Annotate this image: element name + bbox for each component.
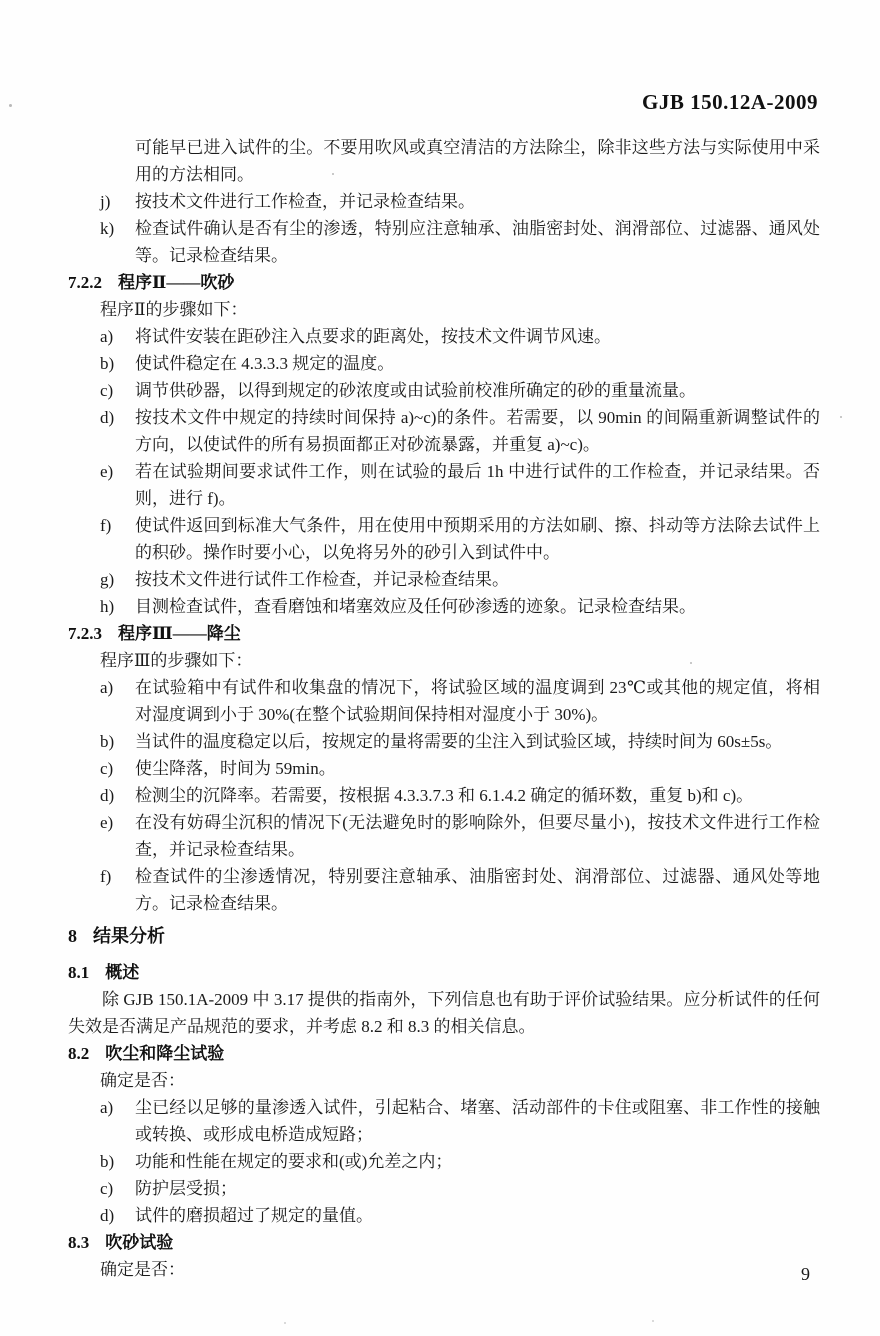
list-item: b)当试件的温度稳定以后，按规定的量将需要的尘注入到试验区域，持续时间为 60s… xyxy=(68,728,820,755)
line-text: 程序Ⅲ——降尘 xyxy=(118,624,241,643)
line-text: 使试件稳定在 4.3.3.3 规定的温度。 xyxy=(135,354,394,373)
list-marker: c) xyxy=(100,1175,113,1202)
list-marker: d) xyxy=(100,782,114,809)
list-item: g)按技术文件进行试件工作检查，并记录检查结果。 xyxy=(68,566,820,593)
paragraph: 除 GJB 150.1A-2009 中 3.17 提供的指南外，下列信息也有助于… xyxy=(68,986,820,1040)
line-text: 吹砂试验 xyxy=(105,1233,173,1252)
line-text: 使试件返回到标准大气条件，用在使用中预期采用的方法如刷、擦、抖动等方法除去试件上… xyxy=(135,516,820,562)
list-marker: d) xyxy=(100,404,114,431)
line-text: 使尘降落，时间为 59min。 xyxy=(135,759,336,778)
line-text: 尘已经以足够的量渗透入试件，引起粘合、堵塞、活动部件的卡住或阻塞、非工作性的接触… xyxy=(135,1098,820,1144)
subsection-heading: 7.2.2程序Ⅱ——吹砂 xyxy=(68,269,820,296)
line-text: 程序Ⅱ的步骤如下： xyxy=(100,300,248,319)
line-text: 若在试验期间要求试件工作，则在试验的最后 1h 中进行试件的工作检查，并记录结果… xyxy=(135,462,820,508)
lead-in-line: 确定是否： xyxy=(68,1256,820,1283)
section-number: 8.1 xyxy=(68,963,89,982)
line-text: 在没有妨碍尘沉积的情况下(无法避免时的影响除外，但要尽量小)，按技术文件进行工作… xyxy=(135,813,820,859)
list-marker: e) xyxy=(100,458,113,485)
list-marker: b) xyxy=(100,1148,114,1175)
line-text: 检查试件的尘渗透情况，特别要注意轴承、油脂密封处、润滑部位、过滤器、通风处等地方… xyxy=(135,867,820,913)
scan-speck xyxy=(840,416,842,418)
subsection-heading: 8.3吹砂试验 xyxy=(68,1229,820,1256)
list-item: k)检查试件确认是否有尘的渗透，特别应注意轴承、油脂密封处、润滑部位、过滤器、通… xyxy=(68,215,820,269)
page-number: 9 xyxy=(801,1264,810,1285)
line-text: 吹尘和降尘试验 xyxy=(105,1044,224,1063)
section-number: 8.3 xyxy=(68,1233,89,1252)
line-text: 按技术文件进行工作检查，并记录检查结果。 xyxy=(135,192,475,211)
list-item: h)目测检查试件，查看磨蚀和堵塞效应及任何砂渗透的迹象。记录检查结果。 xyxy=(68,593,820,620)
lead-in-line: 程序Ⅲ的步骤如下： xyxy=(68,647,820,674)
list-marker: b) xyxy=(100,728,114,755)
scan-speck xyxy=(284,1322,286,1324)
list-item: j)按技术文件进行工作检查，并记录检查结果。 xyxy=(68,188,820,215)
line-text: 功能和性能在规定的要求和(或)允差之内； xyxy=(135,1152,452,1171)
line-text: 试件的磨损超过了规定的量值。 xyxy=(135,1206,373,1225)
section-number: 8 xyxy=(68,926,77,946)
list-marker: b) xyxy=(100,350,114,377)
list-item: a)在试验箱中有试件和收集盘的情况下，将试验区域的温度调到 23℃或其他的规定值… xyxy=(68,674,820,728)
line-text: 调节供砂器，以得到规定的砂浓度或由试验前校准所确定的砂的重量流量。 xyxy=(135,381,696,400)
list-marker: h) xyxy=(100,593,114,620)
list-item: a)将试件安装在距砂注入点要求的距离处，按技术文件调节风速。 xyxy=(68,323,820,350)
list-item: c)调节供砂器，以得到规定的砂浓度或由试验前校准所确定的砂的重量流量。 xyxy=(68,377,820,404)
subsection-heading: 8.1概述 xyxy=(68,959,820,986)
list-item: d)按技术文件中规定的持续时间保持 a)~c)的条件。若需要，以 90min 的… xyxy=(68,404,820,458)
scan-speck xyxy=(9,104,12,107)
line-text: 按技术文件中规定的持续时间保持 a)~c)的条件。若需要，以 90min 的间隔… xyxy=(135,408,820,454)
scan-speck xyxy=(652,1320,654,1322)
line-text: 除 GJB 150.1A-2009 中 3.17 提供的指南外，下列信息也有助于… xyxy=(68,990,820,1036)
section-number: 8.2 xyxy=(68,1044,89,1063)
list-item: d)试件的磨损超过了规定的量值。 xyxy=(68,1202,820,1229)
list-item: e)若在试验期间要求试件工作，则在试验的最后 1h 中进行试件的工作检查，并记录… xyxy=(68,458,820,512)
line-text: 确定是否： xyxy=(100,1260,185,1279)
line-text: 当试件的温度稳定以后，按规定的量将需要的尘注入到试验区域，持续时间为 60s±5… xyxy=(135,732,782,751)
line-text: 检测尘的沉降率。若需要，按根据 4.3.3.7.3 和 6.1.4.2 确定的循… xyxy=(135,786,753,805)
line-text: 目测检查试件，查看磨蚀和堵塞效应及任何砂渗透的迹象。记录检查结果。 xyxy=(135,597,696,616)
list-item: c)防护层受损； xyxy=(68,1175,820,1202)
list-item: b)功能和性能在规定的要求和(或)允差之内； xyxy=(68,1148,820,1175)
line-text: 程序Ⅲ的步骤如下： xyxy=(100,651,252,670)
section-heading: 8结果分析 xyxy=(68,923,820,950)
list-marker: f) xyxy=(100,863,111,890)
line-text: 程序Ⅱ——吹砂 xyxy=(118,273,234,292)
line-text: 概述 xyxy=(105,963,139,982)
line-text: 在试验箱中有试件和收集盘的情况下，将试验区域的温度调到 23℃或其他的规定值，将… xyxy=(135,678,820,724)
list-marker: k) xyxy=(100,215,114,242)
list-marker: d) xyxy=(100,1202,114,1229)
list-marker: a) xyxy=(100,1094,113,1121)
list-item: a)尘已经以足够的量渗透入试件，引起粘合、堵塞、活动部件的卡住或阻塞、非工作性的… xyxy=(68,1094,820,1148)
line-text: 将试件安装在距砂注入点要求的距离处，按技术文件调节风速。 xyxy=(135,327,611,346)
list-marker: g) xyxy=(100,566,114,593)
document-page: GJB 150.12A-2009 可能早已进入试件的尘。不要用吹风或真空清洁的方… xyxy=(0,0,880,1336)
list-marker: f) xyxy=(100,512,111,539)
list-marker: c) xyxy=(100,377,113,404)
line-text: 检查试件确认是否有尘的渗透，特别应注意轴承、油脂密封处、润滑部位、过滤器、通风处… xyxy=(135,219,820,265)
list-item: f)检查试件的尘渗透情况，特别要注意轴承、油脂密封处、润滑部位、过滤器、通风处等… xyxy=(68,863,820,917)
list-marker: a) xyxy=(100,674,113,701)
list-item: f)使试件返回到标准大气条件，用在使用中预期采用的方法如刷、擦、抖动等方法除去试… xyxy=(68,512,820,566)
list-item: c)使尘降落，时间为 59min。 xyxy=(68,755,820,782)
subsection-heading: 8.2吹尘和降尘试验 xyxy=(68,1040,820,1067)
scan-speck xyxy=(690,662,692,664)
line-text: 按技术文件进行试件工作检查，并记录检查结果。 xyxy=(135,570,509,589)
section-number: 7.2.2 xyxy=(68,273,102,292)
list-marker: j) xyxy=(100,188,110,215)
line-text: 结果分析 xyxy=(93,926,165,946)
list-item: e)在没有妨碍尘沉积的情况下(无法避免时的影响除外，但要尽量小)，按技术文件进行… xyxy=(68,809,820,863)
lead-in-line: 确定是否： xyxy=(68,1067,820,1094)
continuation-text: 可能早已进入试件的尘。不要用吹风或真空清洁的方法除尘，除非这些方法与实际使用中采… xyxy=(68,134,820,188)
list-marker: a) xyxy=(100,323,113,350)
lead-in-line: 程序Ⅱ的步骤如下： xyxy=(68,296,820,323)
line-text: 确定是否： xyxy=(100,1071,185,1090)
line-text: 防护层受损； xyxy=(135,1179,237,1198)
list-item: b)使试件稳定在 4.3.3.3 规定的温度。 xyxy=(68,350,820,377)
document-body: 可能早已进入试件的尘。不要用吹风或真空清洁的方法除尘，除非这些方法与实际使用中采… xyxy=(68,134,820,1283)
subsection-heading: 7.2.3程序Ⅲ——降尘 xyxy=(68,620,820,647)
list-marker: c) xyxy=(100,755,113,782)
scan-speck xyxy=(332,173,334,175)
line-text: 可能早已进入试件的尘。不要用吹风或真空清洁的方法除尘，除非这些方法与实际使用中采… xyxy=(135,138,820,184)
list-marker: e) xyxy=(100,809,113,836)
list-item: d)检测尘的沉降率。若需要，按根据 4.3.3.7.3 和 6.1.4.2 确定… xyxy=(68,782,820,809)
standard-number-header: GJB 150.12A-2009 xyxy=(642,90,818,115)
section-number: 7.2.3 xyxy=(68,624,102,643)
